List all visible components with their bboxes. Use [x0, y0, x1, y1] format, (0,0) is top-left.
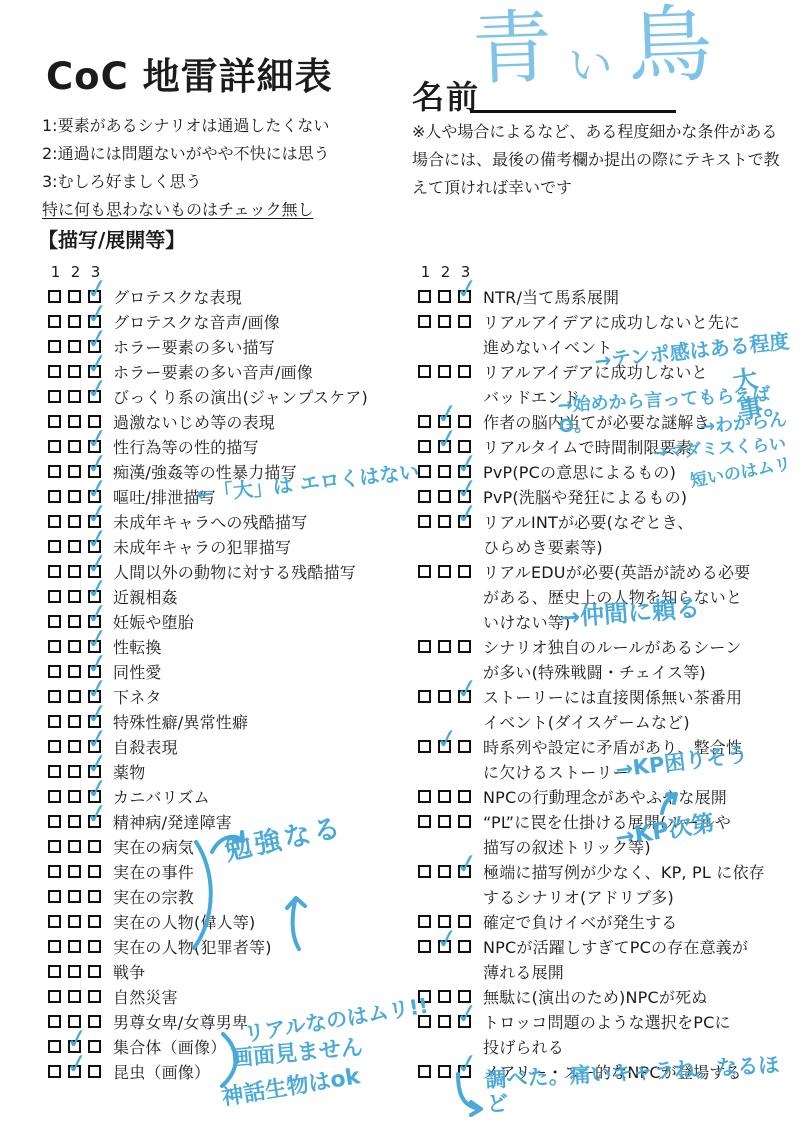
rating-checkbox-1[interactable] [48, 640, 61, 653]
rating-checkbox-3[interactable] [88, 940, 101, 953]
item-label: NTR/当て馬系展開 [483, 285, 619, 310]
item-label: NPCが活躍しすぎてPCの存在意義が 薄れる展開 [483, 935, 748, 985]
rating-checkbox-2[interactable] [68, 765, 81, 778]
rating-boxes: ✓ [48, 785, 101, 803]
rating-checkbox-2[interactable] [68, 940, 81, 953]
checklist-row: ✓極端に描写例が少なく、KP, PL に依存 するシナリオ(アドリブ多) [418, 860, 796, 910]
rating-checkbox-3[interactable]: ✓ [458, 690, 471, 703]
item-label: 妊娠や堕胎 [113, 610, 194, 635]
item-label: 確定で負けイベが発生する [483, 910, 677, 935]
rating-checkbox-3[interactable] [88, 990, 101, 1003]
rating-checkbox-3[interactable]: ✓ [88, 615, 101, 628]
name-field-underline[interactable] [470, 110, 676, 113]
rating-boxes [48, 935, 101, 953]
rating-checkbox-1[interactable] [418, 815, 431, 828]
checklist-row: ✓びっくり系の演出(ジャンプスケア) [48, 385, 414, 410]
rating-boxes: ✓ [48, 660, 101, 678]
rating-boxes [418, 310, 471, 328]
rating-checkbox-2[interactable] [68, 915, 81, 928]
page-title: CoC 地雷詳細表 [46, 46, 333, 100]
rating-checkbox-1[interactable] [48, 815, 61, 828]
checklist-row: ✓近親相姦 [48, 585, 414, 610]
rating-checkbox-2[interactable] [438, 290, 451, 303]
rating-checkbox-3[interactable]: ✓ [458, 865, 471, 878]
rating-checkbox-2[interactable] [438, 815, 451, 828]
rating-boxes: ✓ [418, 935, 471, 953]
checklist-row: 実在の宗教 [48, 885, 414, 910]
rating-checkbox-2[interactable] [68, 540, 81, 553]
scale-line-2: 2:通過には問題ないがやや不快には思う [42, 140, 330, 168]
scale-line-1: 1:要素があるシナリオは通過したくない [42, 112, 330, 140]
rating-boxes: ✓ [418, 485, 471, 503]
scale-line-3: 3:むしろ好ましく思う [42, 168, 330, 196]
item-label: 性転換 [113, 635, 162, 660]
remark-note: ※人や場合によるなど、ある程度細かな条件がある 場合には、最後の備考欄か提出の際… [412, 118, 800, 202]
item-label: 集合体（画像） [113, 1035, 226, 1060]
checklist-row: “PL”に罠を仕掛ける展開(ルールや 描写の叙述トリック等) [418, 810, 796, 860]
item-label: 自殺表現 [113, 735, 178, 760]
item-label: シナリオ独自のルールがあるシーン が多い(特殊戦闘・チェイス等) [483, 635, 741, 685]
checklist-row: ✓PvP(洗脳や発狂によるもの) [418, 485, 796, 510]
rating-checkbox-2[interactable]: ✓ [438, 740, 451, 753]
rating-checkbox-3[interactable] [88, 865, 101, 878]
rating-boxes [48, 835, 101, 853]
rating-checkbox-2[interactable] [438, 315, 451, 328]
rating-checkbox-2[interactable] [438, 515, 451, 528]
rating-checkbox-3[interactable]: ✓ [88, 340, 101, 353]
item-label: 実在の病気 [113, 835, 194, 860]
rating-checkbox-1[interactable] [418, 690, 431, 703]
rating-boxes: ✓ [48, 760, 101, 778]
rating-boxes: ✓ [48, 460, 101, 478]
rating-boxes: ✓ [418, 860, 471, 878]
rating-checkbox-3[interactable] [88, 965, 101, 978]
rating-checkbox-2[interactable] [68, 590, 81, 603]
checklist-row: ✓ホラー要素の多い音声/画像 [48, 360, 414, 385]
rating-checkbox-3[interactable]: ✓ [88, 465, 101, 478]
item-label: グロテスクな表現 [113, 285, 242, 310]
rating-boxes [418, 360, 471, 378]
checklist-row: NPCの行動理念があやふやな展開 [418, 785, 796, 810]
rating-boxes: ✓ [48, 1035, 101, 1053]
rating-checkbox-3[interactable]: ✓ [88, 315, 101, 328]
rating-boxes [418, 785, 471, 803]
rating-checkbox-2[interactable] [438, 490, 451, 503]
checklist-column-left: 1 2 3 ✓グロテスクな表現✓グロテスクな音声/画像✓ホラー要素の多い描写✓ホ… [48, 260, 414, 1085]
rating-checkbox-1[interactable] [48, 565, 61, 578]
rating-checkbox-1[interactable] [418, 565, 431, 578]
checklist-row: 過激ないじめ等の表現 [48, 410, 414, 435]
rating-boxes: ✓ [48, 685, 101, 703]
item-label: PvP(PCの意思によるもの) [483, 460, 676, 485]
rating-checkbox-3[interactable] [458, 740, 471, 753]
item-label: ホラー要素の多い音声/画像 [113, 360, 313, 385]
item-label: NPCの行動理念があやふやな展開 [483, 785, 727, 810]
rating-boxes: ✓ [48, 485, 101, 503]
rating-boxes: ✓ [418, 285, 471, 303]
rating-checkbox-3[interactable] [458, 990, 471, 1003]
rating-boxes: ✓ [48, 510, 101, 528]
rating-checkbox-1[interactable] [48, 440, 61, 453]
rating-checkbox-3[interactable]: ✓ [88, 290, 101, 303]
checklist-row: ✓下ネタ [48, 685, 414, 710]
checklist-row: 確定で負けイベが発生する [418, 910, 796, 935]
checklist-row: ✓NTR/当て馬系展開 [418, 285, 796, 310]
checklist-row: ✓ストーリーには直接関係無い茶番用 イベント(ダイスゲームなど) [418, 685, 796, 735]
rating-checkbox-1[interactable] [48, 940, 61, 953]
rating-boxes: ✓ [48, 735, 101, 753]
rating-boxes [48, 960, 101, 978]
item-label: 過激ないじめ等の表現 [113, 410, 275, 435]
item-label: 戦争 [113, 960, 145, 985]
rating-checkbox-3[interactable]: ✓ [458, 290, 471, 303]
rating-checkbox-1[interactable] [418, 740, 431, 753]
checklist-row: ✓未成年キャラへの残酷描写 [48, 510, 414, 535]
rating-checkbox-3[interactable] [458, 790, 471, 803]
rating-checkbox-1[interactable] [48, 315, 61, 328]
item-label: 未成年キャラへの残酷描写 [113, 510, 307, 535]
rating-checkbox-1[interactable] [418, 440, 431, 453]
rating-checkbox-2[interactable]: ✓ [438, 940, 451, 953]
item-label: 同性愛 [113, 660, 162, 685]
rating-checkbox-1[interactable] [48, 365, 61, 378]
rating-checkbox-1[interactable] [48, 615, 61, 628]
rating-checkbox-3[interactable]: ✓ [88, 440, 101, 453]
rating-checkbox-3[interactable] [458, 565, 471, 578]
rating-boxes: ✓ [48, 635, 101, 653]
rating-checkbox-2[interactable] [68, 840, 81, 853]
rating-checkbox-2[interactable] [438, 1015, 451, 1028]
rating-checkbox-2[interactable] [68, 965, 81, 978]
rating-checkbox-1[interactable] [418, 790, 431, 803]
rating-checkbox-1[interactable] [48, 990, 61, 1003]
rating-checkbox-2[interactable] [438, 690, 451, 703]
item-label: 自然災害 [113, 985, 178, 1010]
rating-checkbox-2[interactable] [68, 565, 81, 578]
rating-checkbox-2[interactable] [68, 715, 81, 728]
item-label: びっくり系の演出(ジャンプスケア) [113, 385, 368, 410]
rating-checkbox-2[interactable] [68, 815, 81, 828]
rating-checkbox-3[interactable] [458, 365, 471, 378]
rating-checkbox-2[interactable] [68, 865, 81, 878]
item-label: 実在の宗教 [113, 885, 194, 910]
rating-checkbox-2[interactable] [68, 1015, 81, 1028]
item-label: 実在の事件 [113, 860, 194, 885]
rating-checkbox-1[interactable] [48, 690, 61, 703]
rating-boxes: ✓ [48, 1060, 101, 1078]
rating-checkbox-1[interactable] [48, 1040, 61, 1053]
item-label: 特殊性癖/異常性癖 [113, 710, 248, 735]
rating-checkbox-2[interactable] [68, 990, 81, 1003]
rating-boxes [418, 635, 471, 653]
rating-checkbox-2[interactable]: ✓ [68, 1065, 81, 1078]
rating-boxes: ✓ [48, 710, 101, 728]
item-label: 昆虫（画像） [113, 1060, 210, 1085]
rating-checkbox-1[interactable] [48, 965, 61, 978]
rating-checkbox-1[interactable] [48, 665, 61, 678]
rating-boxes [48, 910, 101, 928]
item-label: 実在の人物(偉人等) [113, 910, 256, 935]
checklist-row: 実在の人物(偉人等) [48, 910, 414, 935]
rating-checkbox-1[interactable] [418, 490, 431, 503]
rating-checkbox-3[interactable] [88, 840, 101, 853]
rating-boxes: ✓ [418, 685, 471, 703]
rating-checkbox-1[interactable] [48, 1065, 61, 1078]
rating-checkbox-1[interactable] [48, 915, 61, 928]
rating-checkbox-2[interactable] [438, 915, 451, 928]
item-label: 下ネタ [113, 685, 162, 710]
rating-checkbox-3[interactable] [88, 915, 101, 928]
item-label: ホラー要素の多い描写 [113, 335, 275, 360]
checklist-row: ✓妊娠や堕胎 [48, 610, 414, 635]
rating-checkbox-3[interactable]: ✓ [458, 1015, 471, 1028]
checklist-row: ✓グロテスクな音声/画像 [48, 310, 414, 335]
rating-checkbox-1[interactable] [48, 390, 61, 403]
rating-checkbox-1[interactable] [48, 415, 61, 428]
rating-checkbox-3[interactable] [458, 940, 471, 953]
rating-checkbox-3[interactable]: ✓ [88, 690, 101, 703]
checklist-row: ✓薬物 [48, 760, 414, 785]
rating-boxes: ✓ [418, 510, 471, 528]
rating-checkbox-1[interactable] [418, 315, 431, 328]
checklist-row: ✓カニバリズム [48, 785, 414, 810]
rating-checkbox-3[interactable] [88, 1015, 101, 1028]
rating-checkbox-3[interactable]: ✓ [88, 540, 101, 553]
rating-boxes [418, 560, 471, 578]
rating-checkbox-3[interactable] [88, 1040, 101, 1053]
item-label: トロッコ問題のような選択をPCに 投げられる [483, 1010, 731, 1060]
rating-checkbox-3[interactable] [458, 640, 471, 653]
checklist-row: シナリオ独自のルールがあるシーン が多い(特殊戦闘・チェイス等) [418, 635, 796, 685]
rating-checkbox-2[interactable] [68, 415, 81, 428]
rating-checkbox-2[interactable] [438, 640, 451, 653]
rating-checkbox-2[interactable] [68, 515, 81, 528]
rating-checkbox-2[interactable] [68, 490, 81, 503]
rating-checkbox-1[interactable] [418, 915, 431, 928]
rating-checkbox-2[interactable]: ✓ [68, 1040, 81, 1053]
no-check-note: 特に何も思わないものはチェック無し [42, 196, 330, 224]
scale-header-left: 1 2 3 [49, 260, 414, 285]
rating-boxes: ✓ [48, 310, 101, 328]
rating-boxes: ✓ [48, 585, 101, 603]
rating-boxes: ✓ [418, 435, 471, 453]
rating-boxes: ✓ [418, 460, 471, 478]
rating-checkbox-3[interactable] [458, 315, 471, 328]
rating-checkbox-3[interactable]: ✓ [88, 815, 101, 828]
checklist-row: ✓NPCが活躍しすぎてPCの存在意義が 薄れる展開 [418, 935, 796, 985]
rating-checkbox-3[interactable]: ✓ [88, 590, 101, 603]
rating-checkbox-3[interactable]: ✓ [88, 665, 101, 678]
rating-checkbox-3[interactable] [88, 415, 101, 428]
rating-checkbox-1[interactable] [48, 540, 61, 553]
rating-checkbox-3[interactable]: ✓ [88, 790, 101, 803]
rating-boxes: ✓ [48, 435, 101, 453]
rating-boxes [48, 885, 101, 903]
item-label: グロテスクな音声/画像 [113, 310, 280, 335]
rating-boxes: ✓ [48, 560, 101, 578]
scale-header-right: 1 2 3 [419, 260, 796, 285]
item-label: リアルINTが必要(なぞとき、 ひらめき要素等) [483, 510, 693, 560]
rating-checkbox-3[interactable]: ✓ [88, 640, 101, 653]
checklist-row: 戦争 [48, 960, 414, 985]
section-title: 【描写/展開等】 [38, 224, 185, 253]
rating-checkbox-2[interactable] [68, 790, 81, 803]
rating-checkbox-1[interactable] [48, 1015, 61, 1028]
rating-boxes [48, 985, 101, 1003]
rating-checkbox-1[interactable] [48, 840, 61, 853]
rating-checkbox-1[interactable] [48, 890, 61, 903]
rating-checkbox-2[interactable] [438, 790, 451, 803]
mary-branch-arrow [450, 1052, 488, 1131]
rating-boxes: ✓ [48, 360, 101, 378]
rating-checkbox-2[interactable] [68, 740, 81, 753]
rating-checkbox-3[interactable] [458, 915, 471, 928]
study-up-arrow [282, 874, 312, 973]
rating-checkbox-3[interactable]: ✓ [458, 490, 471, 503]
rating-checkbox-3[interactable]: ✓ [458, 465, 471, 478]
rating-checkbox-2[interactable]: ✓ [438, 415, 451, 428]
rating-checkbox-2[interactable] [68, 365, 81, 378]
rating-checkbox-3[interactable]: ✓ [88, 765, 101, 778]
rating-checkbox-2[interactable] [438, 565, 451, 578]
checklist-row: ✓グロテスクな表現 [48, 285, 414, 310]
checklist-row: 実在の人物(犯罪者等) [48, 935, 414, 960]
rating-checkbox-1[interactable] [48, 515, 61, 528]
rating-checkbox-3[interactable] [458, 815, 471, 828]
rating-checkbox-2[interactable] [68, 315, 81, 328]
rating-boxes [418, 910, 471, 928]
rating-checkbox-2[interactable] [68, 640, 81, 653]
item-label: 無駄に(演出のため)NPCが死ぬ [483, 985, 707, 1010]
rating-boxes: ✓ [48, 285, 101, 303]
rating-checkbox-1[interactable] [48, 590, 61, 603]
rating-checkbox-2[interactable] [68, 665, 81, 678]
rating-checkbox-1[interactable] [48, 790, 61, 803]
rating-boxes: ✓ [418, 735, 471, 753]
rating-checkbox-1[interactable] [418, 940, 431, 953]
rating-checkbox-2[interactable] [68, 615, 81, 628]
checklist-row: 無駄に(演出のため)NPCが死ぬ [418, 985, 796, 1010]
rating-checkbox-3[interactable]: ✓ [88, 565, 101, 578]
rating-checkbox-2[interactable] [438, 365, 451, 378]
rating-checkbox-3[interactable] [458, 440, 471, 453]
rating-boxes [48, 410, 101, 428]
rating-checkbox-3[interactable]: ✓ [458, 515, 471, 528]
rating-scale-legend: 1:要素があるシナリオは通過したくない 2:通過には問題ないがやや不快には思う … [42, 112, 330, 224]
rating-checkbox-1[interactable] [418, 365, 431, 378]
rating-checkbox-1[interactable] [48, 765, 61, 778]
rating-checkbox-1[interactable] [418, 290, 431, 303]
item-label: カニバリズム [113, 785, 210, 810]
rating-checkbox-1[interactable] [48, 740, 61, 753]
checklist-row: ✓自殺表現 [48, 735, 414, 760]
rating-checkbox-2[interactable] [68, 465, 81, 478]
checklist-row: ✓リアルINTが必要(なぞとき、 ひらめき要素等) [418, 510, 796, 560]
rating-checkbox-1[interactable] [418, 515, 431, 528]
rating-boxes [48, 1010, 101, 1028]
rating-checkbox-2[interactable] [68, 290, 81, 303]
rating-checkbox-1[interactable] [48, 865, 61, 878]
rating-checkbox-1[interactable] [418, 865, 431, 878]
item-label: 人間以外の動物に対する残酷描写 [113, 560, 356, 585]
rating-checkbox-2[interactable] [68, 890, 81, 903]
rating-checkbox-3[interactable]: ✓ [88, 490, 101, 503]
rating-checkbox-2[interactable] [68, 440, 81, 453]
item-label: 性行為等の性的描写 [113, 435, 259, 460]
rating-checkbox-3[interactable]: ✓ [88, 740, 101, 753]
handwritten-name: 青 い 鳥 [471, 2, 714, 94]
rating-checkbox-2[interactable] [438, 990, 451, 1003]
checklist-row: ✓性転換 [48, 635, 414, 660]
item-label: 未成年キャラの犯罪描写 [113, 535, 291, 560]
item-label: ストーリーには直接関係無い茶番用 イベント(ダイスゲームなど) [483, 685, 742, 735]
rating-checkbox-2[interactable] [438, 465, 451, 478]
rating-checkbox-1[interactable] [418, 465, 431, 478]
rating-checkbox-3[interactable]: ✓ [88, 715, 101, 728]
checklist-row: ✓未成年キャラの犯罪描写 [48, 535, 414, 560]
rating-boxes: ✓ [48, 335, 101, 353]
rating-checkbox-2[interactable] [68, 390, 81, 403]
rating-checkbox-3[interactable] [88, 890, 101, 903]
rating-checkbox-2[interactable] [438, 865, 451, 878]
checklist-row: ✓同性愛 [48, 660, 414, 685]
item-label: PvP(洗脳や発狂によるもの) [483, 485, 687, 510]
item-label: 近親相姦 [113, 585, 178, 610]
rating-checkbox-3[interactable] [458, 415, 471, 428]
rating-boxes: ✓ [48, 535, 101, 553]
checklist-row: ✓ホラー要素の多い描写 [48, 335, 414, 360]
checklist-row: ✓特殊性癖/異常性癖 [48, 710, 414, 735]
rating-checkbox-1[interactable] [48, 465, 61, 478]
rating-checkbox-1[interactable] [48, 490, 61, 503]
rating-boxes: ✓ [48, 610, 101, 628]
rating-boxes: ✓ [48, 385, 101, 403]
rating-boxes [48, 860, 101, 878]
rating-checkbox-1[interactable] [48, 340, 61, 353]
rating-checkbox-1[interactable] [418, 1065, 431, 1078]
rating-checkbox-3[interactable]: ✓ [88, 390, 101, 403]
rating-checkbox-2[interactable]: ✓ [438, 440, 451, 453]
rating-checkbox-1[interactable] [48, 715, 61, 728]
rating-checkbox-1[interactable] [48, 290, 61, 303]
rating-checkbox-1[interactable] [418, 415, 431, 428]
rating-checkbox-3[interactable] [88, 1065, 101, 1078]
rating-checkbox-1[interactable] [418, 640, 431, 653]
rating-boxes: ✓ [48, 810, 101, 828]
checklist-row: ✓人間以外の動物に対する残酷描写 [48, 560, 414, 585]
rating-checkbox-3[interactable]: ✓ [88, 515, 101, 528]
rating-checkbox-3[interactable]: ✓ [88, 365, 101, 378]
rating-checkbox-2[interactable] [68, 340, 81, 353]
rating-boxes: ✓ [418, 410, 471, 428]
item-label: 極端に描写例が少なく、KP, PL に依存 するシナリオ(アドリブ多) [483, 860, 765, 910]
rating-boxes [418, 810, 471, 828]
item-label: 薬物 [113, 760, 145, 785]
rating-checkbox-2[interactable] [68, 690, 81, 703]
checklist-row: ✓性行為等の性的描写 [48, 435, 414, 460]
